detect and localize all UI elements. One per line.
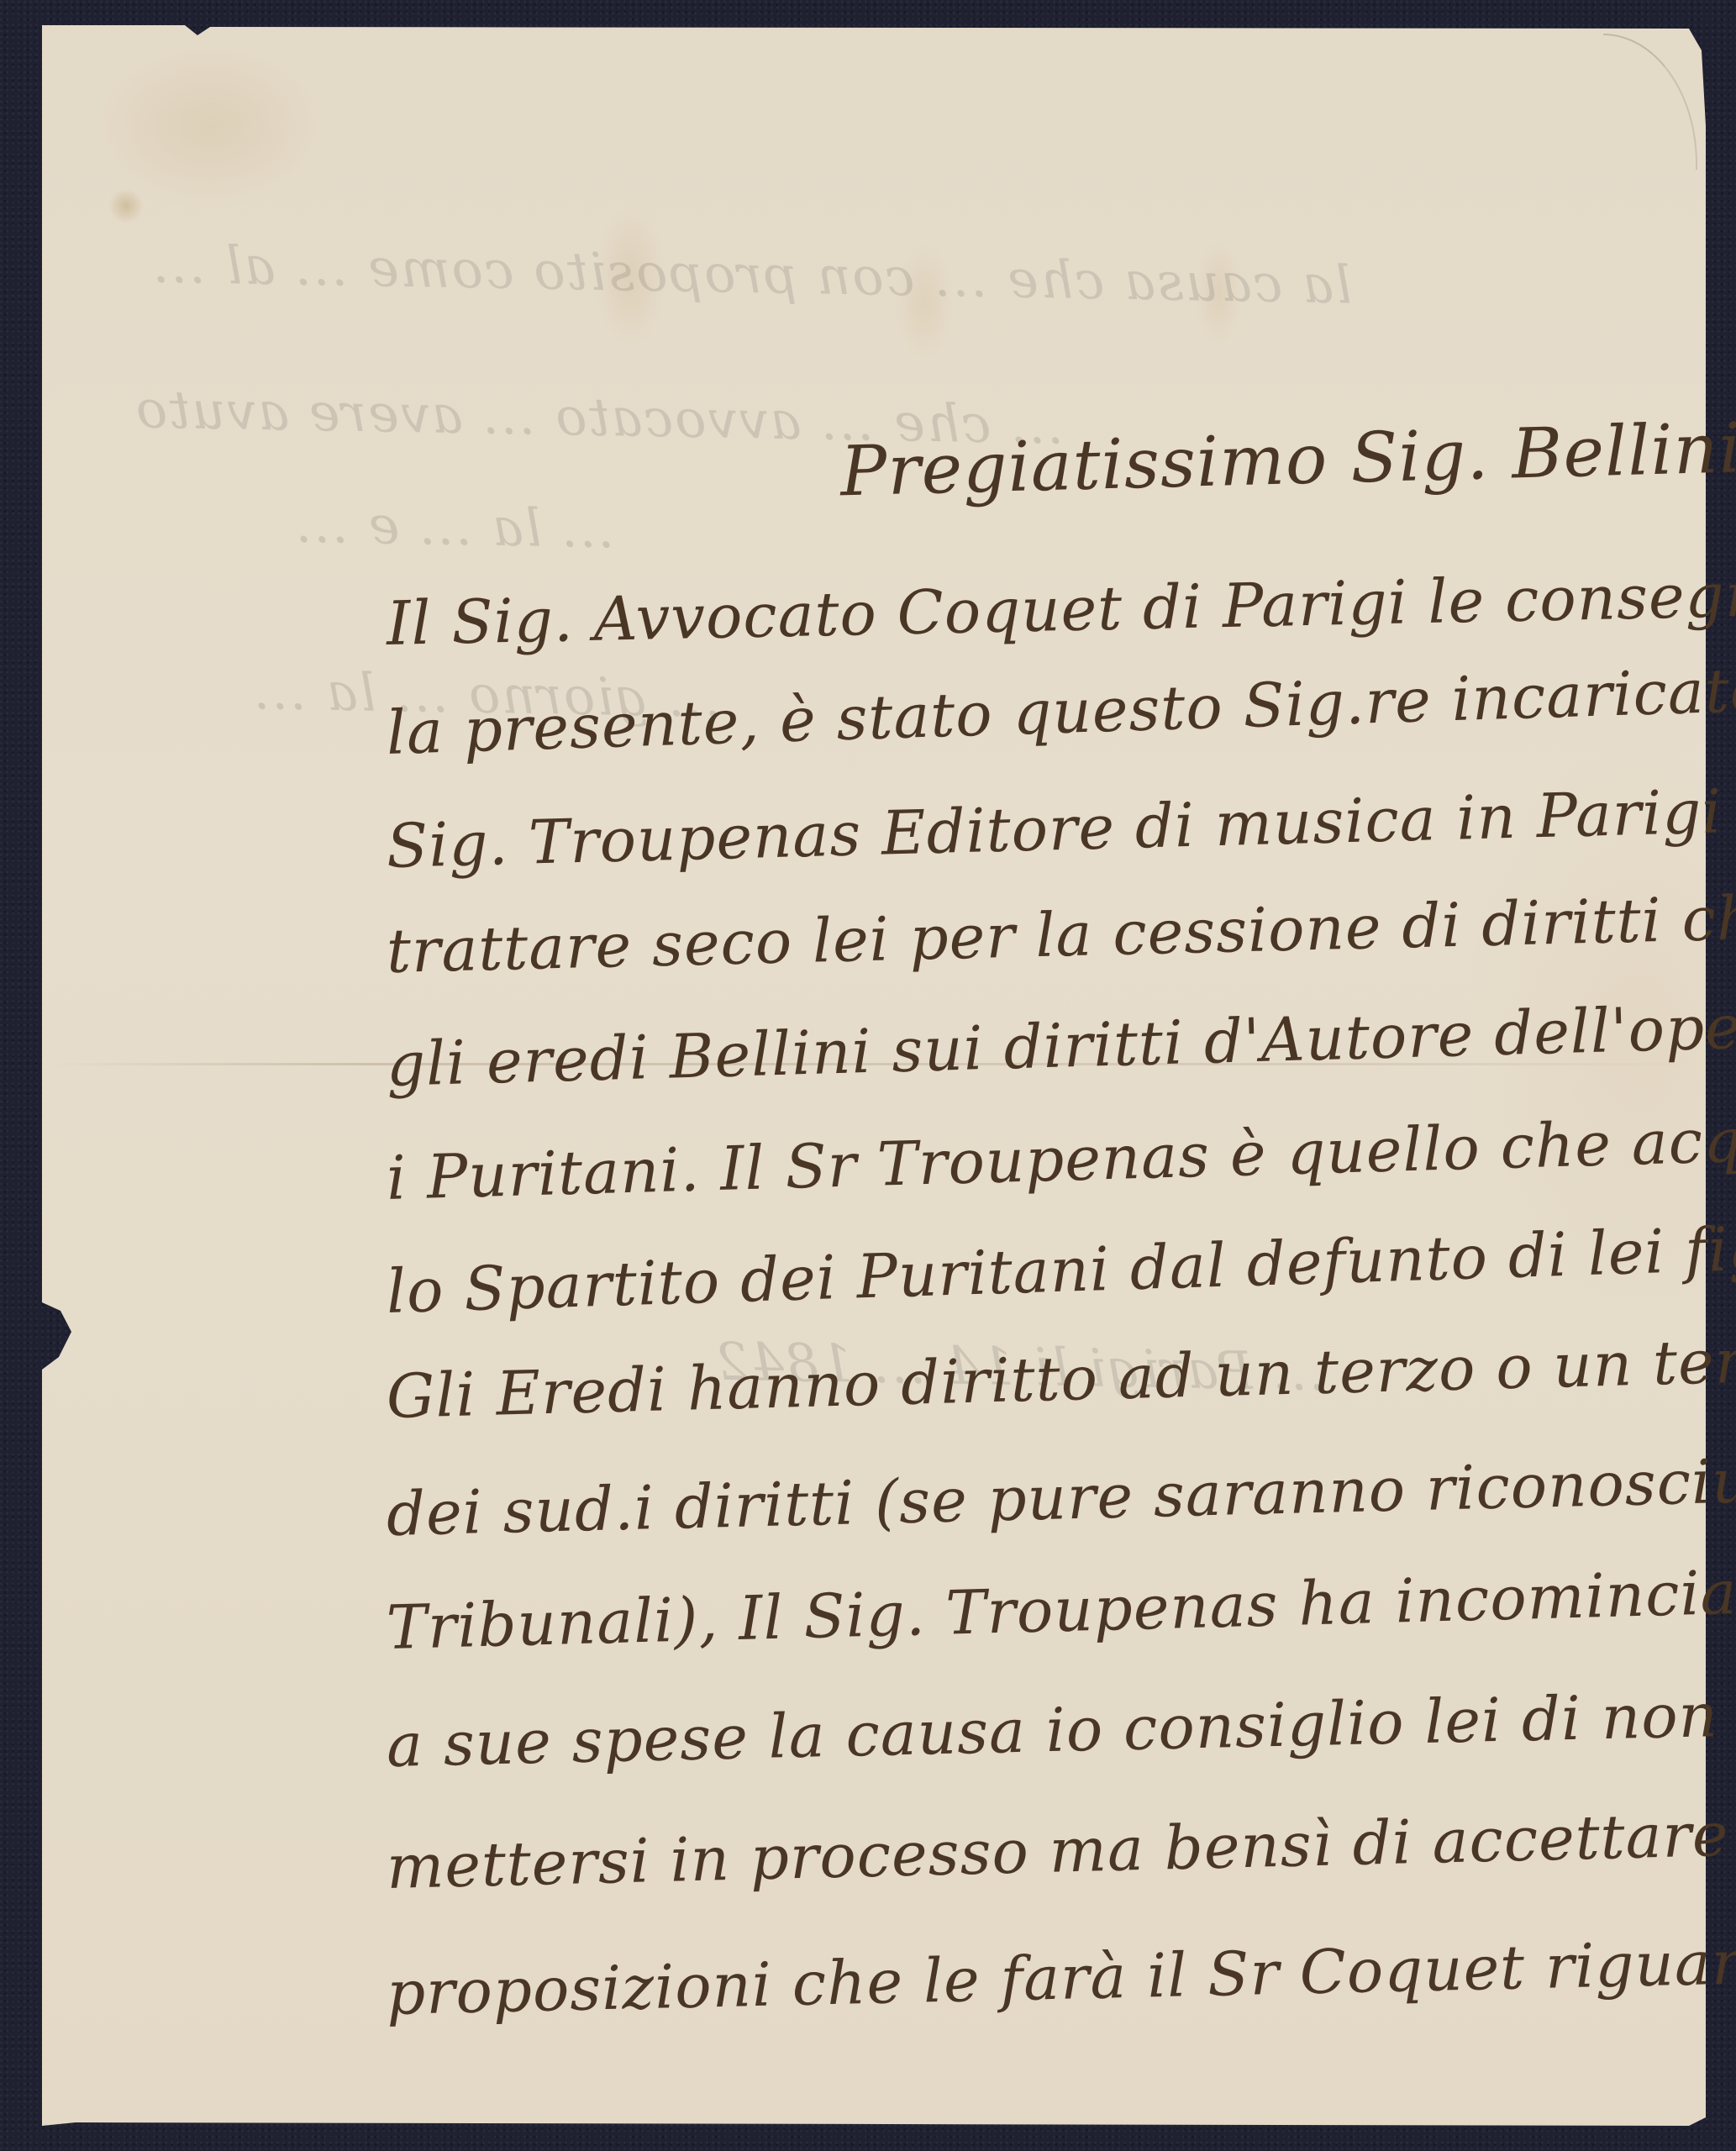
letter-line: Il Sig. Avvocato Coquet di Parigi le con… [386, 557, 1736, 659]
letter-line: mettersi in processo ma bensì di accetta… [386, 1797, 1736, 1902]
letter-line: gli eredi Bellini sui diritti d'Autore d… [386, 990, 1736, 1100]
letter-line: Tribunali), Il Sig. Troupenas ha incomin… [386, 1555, 1736, 1663]
letter-text: Pregiatissimo Sig. Bellini. Il Sig. Avvo… [0, 0, 1736, 2151]
letter-line: lo Spartito dei Puritani dal defunto di … [386, 1210, 1736, 1327]
salutation: Pregiatissimo Sig. Bellini. [839, 408, 1736, 513]
letter-line: Gli Eredi hanno diritto ad un terzo o un… [386, 1324, 1736, 1432]
letter-line: proposizioni che le farà il Sr Coquet ri… [386, 1923, 1736, 2028]
letter-line: trattare seco lei per la cessione di dir… [386, 875, 1736, 986]
letter-line: Sig. Troupenas Editore di musica in Pari… [386, 774, 1736, 881]
letter-line: la presente, è stato questo Sig.re incar… [386, 650, 1736, 768]
letter-line: dei sud.i diritti (se pure saranno ricon… [386, 1442, 1736, 1549]
letter-line: a sue spese la causa io consiglio lei di… [386, 1680, 1719, 1780]
letter-line: i Puritani. Il Sr Troupenas è quello che… [386, 1101, 1736, 1213]
